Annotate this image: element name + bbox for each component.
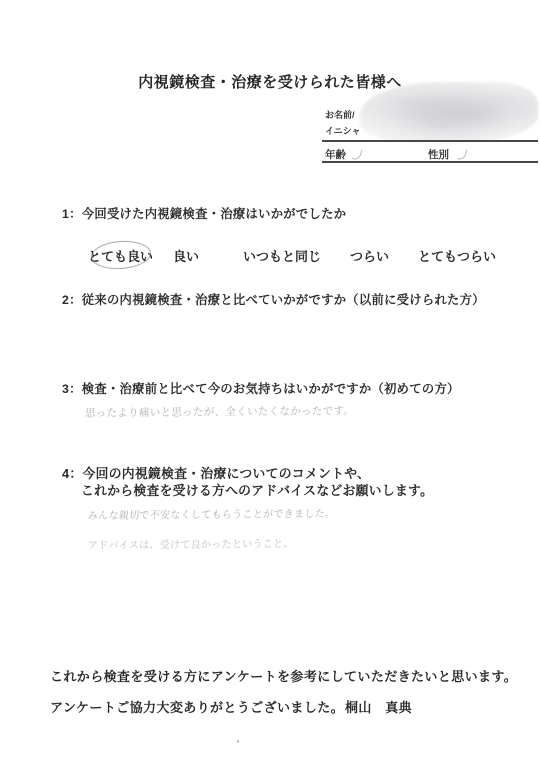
age-value-pencil-mark — [352, 148, 363, 160]
question-3: 3：検査・治療前と比べて今のお気持ちはいかがですか（初めての方） — [62, 379, 460, 397]
q1-option-very-hard: とてもつらい — [418, 246, 496, 265]
question-4-number: 4： — [62, 466, 83, 481]
name-label-line2: イニシャ — [325, 124, 360, 137]
footer-signature: 桐山 真典 — [345, 697, 412, 716]
question-2: 2：従来の内視鏡検査・治療と比べていかがですか（以前に受けられた方） — [62, 290, 485, 308]
footer-thanks-line: アンケートご協力大変ありがとうございました。 — [50, 697, 344, 716]
footer-closing-line: これから検査を受ける方にアンケートを参考にしていただきたいと思います。 — [50, 666, 517, 685]
q1-option-same-as-usual: いつもと同じ — [243, 246, 321, 265]
question-1: 1：今回受けた内視鏡検査・治療はいかがでしたか — [62, 204, 346, 222]
question-4-handwritten-answer-line1: みんな親切で不安なくしてもらうことができました。 — [88, 505, 336, 522]
handwritten-selection-circle — [90, 239, 152, 271]
question-4-line2: これから検査を受ける方へのアドバイスなどお願いします。 — [81, 480, 433, 499]
scanned-questionnaire-page: 内視鏡検査・治療を受けられた皆様へ お名前/ イニシャ 年齢 性別 1：今回受け… — [0, 0, 540, 761]
name-redaction-scribble — [360, 82, 538, 142]
question-1-text: 今回受けた内視鏡検査・治療はいかがでしたか — [82, 207, 347, 221]
question-2-text: 従来の内視鏡検査・治療と比べていかがですか（以前に受けられた方） — [82, 293, 485, 307]
gender-label: 性別 — [428, 147, 449, 162]
gender-value-pencil-mark — [457, 148, 468, 160]
q1-option-hard: つらい — [350, 246, 389, 265]
question-3-handwritten-answer: 思ったより痛いと思ったが、全くいたくなかったです。 — [85, 403, 355, 420]
question-3-number: 3： — [62, 382, 82, 396]
scan-dot-artifact — [237, 740, 239, 743]
question-1-number: 1： — [62, 207, 82, 221]
age-label: 年齢 — [325, 147, 346, 162]
name-label-line1: お名前/ — [325, 108, 355, 121]
q1-option-good: 良い — [173, 246, 199, 265]
age-gender-underline — [322, 161, 538, 163]
question-4-handwritten-answer-line2: アドバイスは、受けて良かったということ。 — [88, 535, 294, 552]
question-2-number: 2： — [62, 293, 82, 307]
question-3-text: 検査・治療前と比べて今のお気持ちはいかがですか（初めての方） — [82, 382, 460, 396]
question-4-text-line1: 今回の内視鏡検査・治療についてのコメントや、 — [83, 466, 371, 481]
name-underline — [322, 140, 538, 142]
